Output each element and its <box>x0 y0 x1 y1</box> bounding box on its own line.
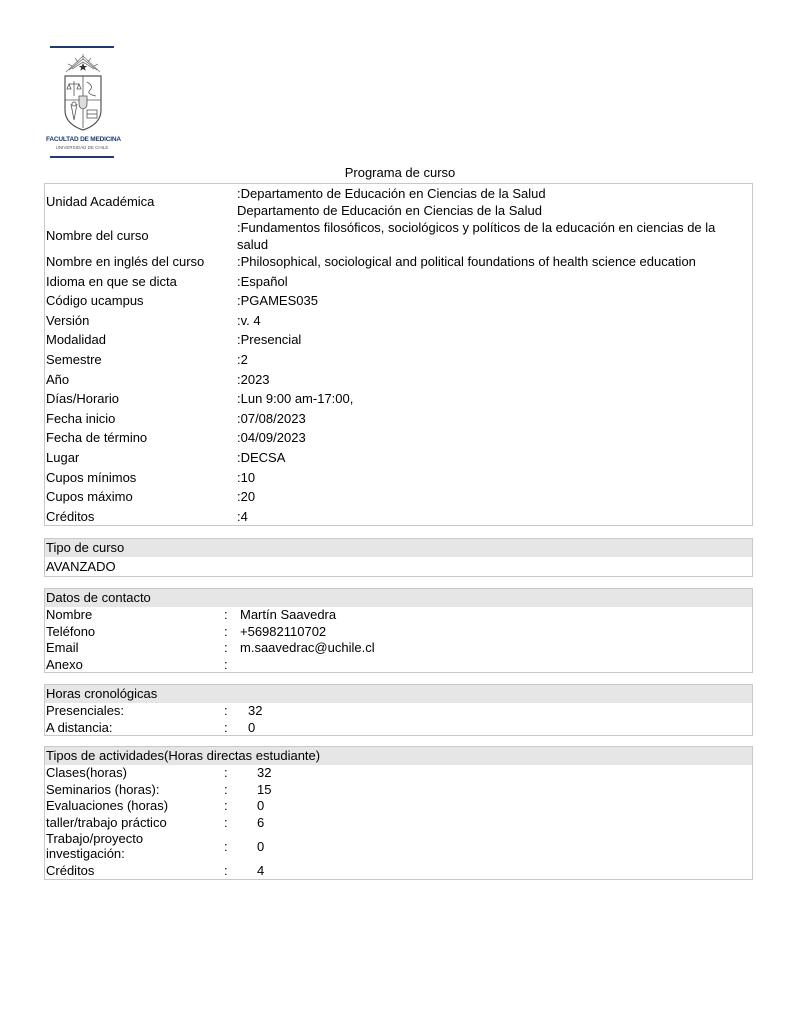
activity-label: Trabajo/proyecto <box>46 831 143 846</box>
section-header: Datos de contacto <box>45 589 752 607</box>
info-label: Días/Horario <box>46 391 119 406</box>
info-value: :v. 4 <box>237 312 261 329</box>
separator: : <box>224 839 228 854</box>
contact-name: Martín Saavedra <box>240 607 336 622</box>
separator: : <box>224 703 228 718</box>
separator: : <box>224 815 228 830</box>
info-value: :Lun 9:00 am-17:00, <box>237 390 353 407</box>
info-label: Modalidad <box>46 332 106 347</box>
activity-label: Evaluaciones (horas) <box>46 798 168 813</box>
info-value-line2: Departamento de Educación en Ciencias de… <box>237 202 542 219</box>
info-label: Lugar <box>46 450 79 465</box>
logo-faculty-name: FACULTAD DE MEDICINA <box>46 136 118 143</box>
info-value: :2 <box>237 351 248 368</box>
info-row-nombre: Nombre del curso :Fundamentos filosófico… <box>45 220 752 254</box>
separator: : <box>224 798 228 813</box>
info-label: Año <box>46 372 69 387</box>
hours-value: 0 <box>248 720 255 735</box>
info-value: :2023 <box>237 371 270 388</box>
info-label: Cupos mínimos <box>46 470 136 485</box>
activity-label: taller/trabajo práctico <box>46 815 167 830</box>
info-value: :Español <box>237 273 288 290</box>
contact-phone: +56982110702 <box>240 624 326 639</box>
info-value: :4 <box>237 508 248 525</box>
logo-bottom-rule <box>50 156 114 158</box>
info-value: :20 <box>237 488 255 505</box>
activity-label: Créditos <box>46 863 94 878</box>
chrono-hours-section: Horas cronológicas Presenciales: : 32 A … <box>44 684 753 736</box>
course-type-section: Tipo de curso AVANZADO <box>44 538 753 577</box>
activity-hours: 0 <box>257 798 264 813</box>
contact-label: Nombre <box>46 607 92 622</box>
activity-label: Clases(horas) <box>46 765 127 780</box>
separator: : <box>224 624 228 639</box>
contact-label: Anexo <box>46 657 83 672</box>
info-label: Fecha de término <box>46 430 147 445</box>
separator: : <box>224 782 228 797</box>
info-label: Nombre del curso <box>46 228 149 243</box>
contact-label: Teléfono <box>46 624 95 639</box>
separator: : <box>224 657 228 672</box>
info-label: Código ucampus <box>46 293 144 308</box>
course-type-value: AVANZADO <box>46 559 116 574</box>
info-label: Nombre en inglés del curso <box>46 254 204 269</box>
activity-hours: 15 <box>257 782 271 797</box>
activity-label: Seminarios (horas): <box>46 782 159 797</box>
info-value: :07/08/2023 <box>237 410 306 427</box>
info-label: Fecha inicio <box>46 411 115 426</box>
activity-hours: 6 <box>257 815 264 830</box>
crest-icon <box>60 52 106 132</box>
hours-label: Presenciales: <box>46 703 124 718</box>
contact-label: Email <box>46 640 79 655</box>
separator: : <box>224 863 228 878</box>
info-value: :04/09/2023 <box>237 429 306 446</box>
separator: : <box>224 765 228 780</box>
section-header: Horas cronológicas <box>45 685 752 703</box>
separator: : <box>224 720 228 735</box>
activity-row-proyecto: Trabajo/proyecto investigación: : 0 <box>45 831 752 863</box>
logo-top-rule <box>50 46 114 48</box>
info-value: :Fundamentos filosóficos, sociológicos y… <box>237 219 715 236</box>
activity-label-line2: investigación: <box>46 846 125 861</box>
info-value: :PGAMES035 <box>237 292 318 309</box>
contact-email: m.saavedrac@uchile.cl <box>240 640 375 655</box>
info-row-unidad: Unidad Académica :Departamento de Educac… <box>45 184 752 220</box>
hours-label: A distancia: <box>46 720 113 735</box>
separator: : <box>224 640 228 655</box>
info-value-line2: salud <box>237 236 268 253</box>
info-label: Idioma en que se dicta <box>46 274 177 289</box>
info-label: Créditos <box>46 509 94 524</box>
section-header: Tipo de curso <box>45 539 752 557</box>
info-label: Semestre <box>46 352 102 367</box>
info-value: :Departamento de Educación en Ciencias d… <box>237 185 546 202</box>
activities-section: Tipos de actividades(Horas directas estu… <box>44 746 753 880</box>
separator: : <box>224 607 228 622</box>
hours-value: 32 <box>248 703 262 718</box>
info-label: Versión <box>46 313 89 328</box>
info-value: :Presencial <box>237 331 301 348</box>
info-value: :Philosophical, sociological and politic… <box>237 253 696 270</box>
page-title: Programa de curso <box>0 165 800 180</box>
course-info-table: Unidad Académica :Departamento de Educac… <box>44 183 753 526</box>
logo-university-name: UNIVERSIDAD DE CHILE <box>46 145 118 150</box>
info-value: :DECSA <box>237 449 285 466</box>
section-header: Tipos de actividades(Horas directas estu… <box>45 747 752 765</box>
info-value: :10 <box>237 469 255 486</box>
activity-hours: 0 <box>257 839 264 854</box>
info-label: Cupos máximo <box>46 489 133 504</box>
info-label: Unidad Académica <box>46 194 154 209</box>
activity-hours: 4 <box>257 863 264 878</box>
contact-section: Datos de contacto Nombre : Martín Saaved… <box>44 588 753 673</box>
activity-hours: 32 <box>257 765 271 780</box>
faculty-logo: FACULTAD DE MEDICINA UNIVERSIDAD DE CHIL… <box>46 46 118 161</box>
